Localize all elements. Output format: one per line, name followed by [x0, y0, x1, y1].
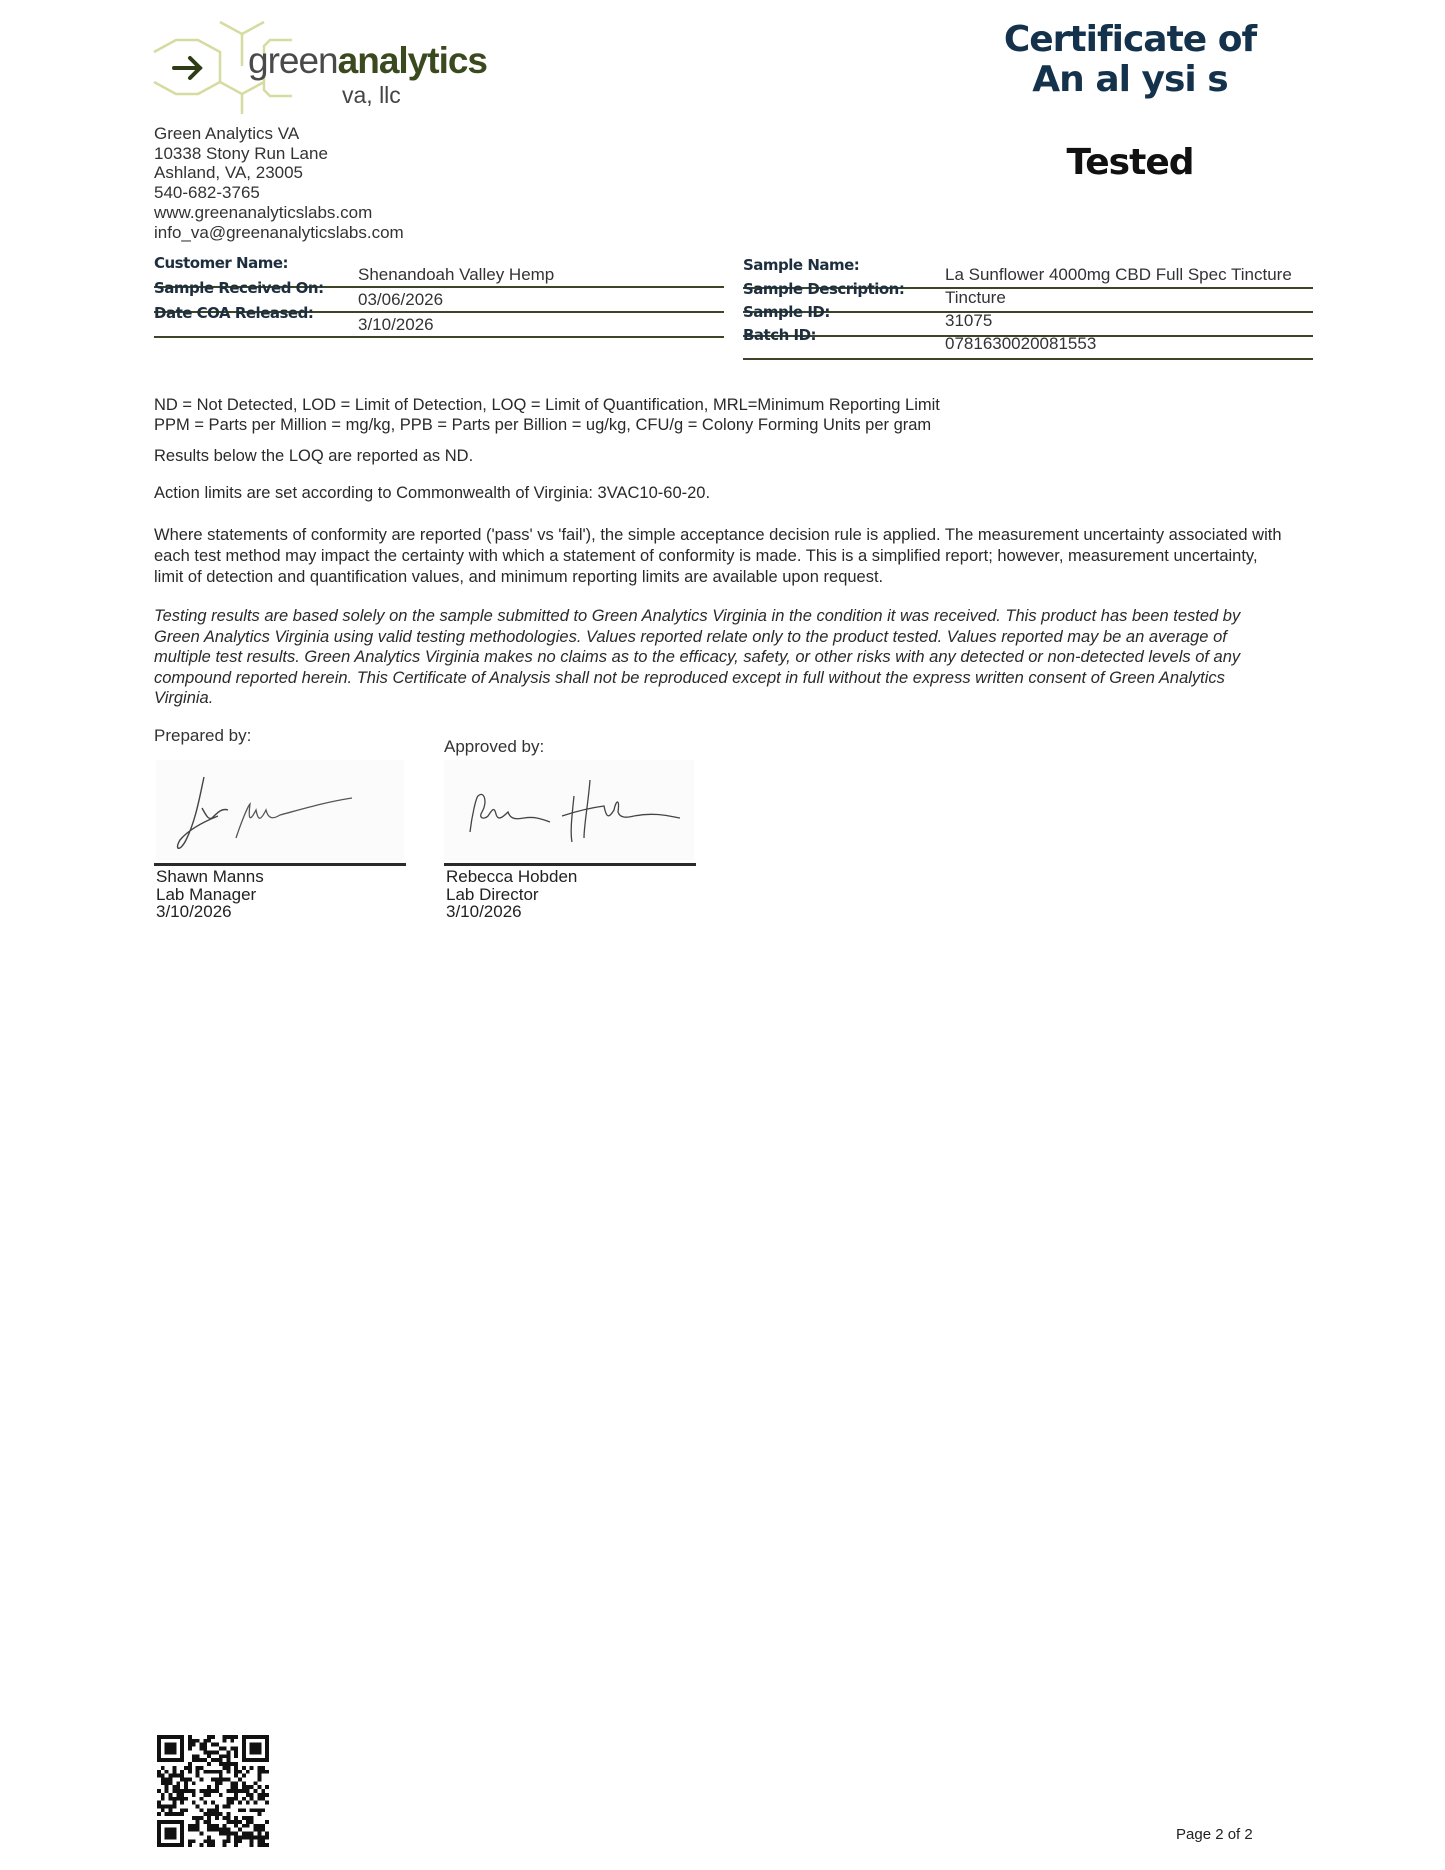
signer-name: Shawn Manns	[156, 868, 264, 886]
sample-received-label: Sample Received On:	[154, 279, 324, 297]
test-status: Tested	[980, 142, 1280, 183]
website-link[interactable]: www.greenanalyticslabs.com	[154, 203, 404, 223]
signer-name: Rebecca Hobden	[446, 868, 577, 886]
page-indicator: Page 2 of 2	[1176, 1826, 1253, 1843]
email-link[interactable]: info_va@greenanalyticslabs.com	[154, 223, 404, 243]
sample-name-label: Sample Name:	[743, 256, 859, 274]
document-title: Certificate of An al ysi s	[980, 20, 1280, 100]
batch-id-label: Batch ID:	[743, 326, 816, 344]
signature-shawn-manns-icon	[156, 760, 404, 860]
customer-name-label: Customer Name:	[154, 254, 288, 272]
sample-id-label: Sample ID:	[743, 303, 830, 321]
address-line: Green Analytics VA	[154, 124, 404, 144]
prepared-by-signer: Shawn Manns Lab Manager 3/10/2026	[156, 868, 264, 921]
date-released-value: 3/10/2026	[358, 315, 434, 335]
approved-by-label: Approved by:	[444, 737, 544, 757]
sample-id-value: 31075	[945, 311, 992, 331]
lab-address: Green Analytics VA 10338 Stony Run Lane …	[154, 124, 404, 242]
batch-id-value: 0781630020081553	[945, 334, 1096, 354]
approved-by-signer: Rebecca Hobden Lab Director 3/10/2026	[446, 868, 577, 921]
sample-received-value: 03/06/2026	[358, 290, 443, 310]
lab-logo-text: greenanalytics	[248, 40, 487, 82]
signer-date: 3/10/2026	[446, 903, 577, 921]
signature-line	[444, 863, 696, 866]
sample-description-value: Tincture	[945, 288, 1006, 308]
address-line: Ashland, VA, 23005	[154, 163, 404, 183]
abbreviations-note: ND = Not Detected, LOD = Limit of Detect…	[154, 396, 1294, 435]
qr-code-icon[interactable]	[157, 1735, 269, 1847]
divider	[154, 336, 724, 338]
divider	[743, 358, 1313, 360]
loq-note: Results below the LOQ are reported as ND…	[154, 447, 473, 467]
customer-name-value: Shenandoah Valley Hemp	[358, 265, 554, 285]
sample-description-label: Sample Description:	[743, 280, 904, 298]
signature-rebecca-hobden-icon	[444, 760, 694, 860]
lab-logo-subtext: va, llc	[342, 82, 401, 109]
signer-title: Lab Director	[446, 886, 577, 904]
disclaimer: Testing results are based solely on the …	[154, 606, 1284, 709]
address-line: 10338 Stony Run Lane	[154, 144, 404, 164]
action-limits-note: Action limits are set according to Commo…	[154, 484, 710, 504]
signature-line	[154, 863, 406, 866]
sample-name-value: La Sunflower 4000mg CBD Full Spec Tinctu…	[945, 265, 1292, 285]
phone: 540-682-3765	[154, 183, 404, 203]
prepared-by-label: Prepared by:	[154, 726, 251, 746]
date-released-label: Date COA Released:	[154, 304, 313, 322]
signer-title: Lab Manager	[156, 886, 264, 904]
signer-date: 3/10/2026	[156, 903, 264, 921]
conformity-statement: Where statements of conformity are repor…	[154, 525, 1284, 588]
